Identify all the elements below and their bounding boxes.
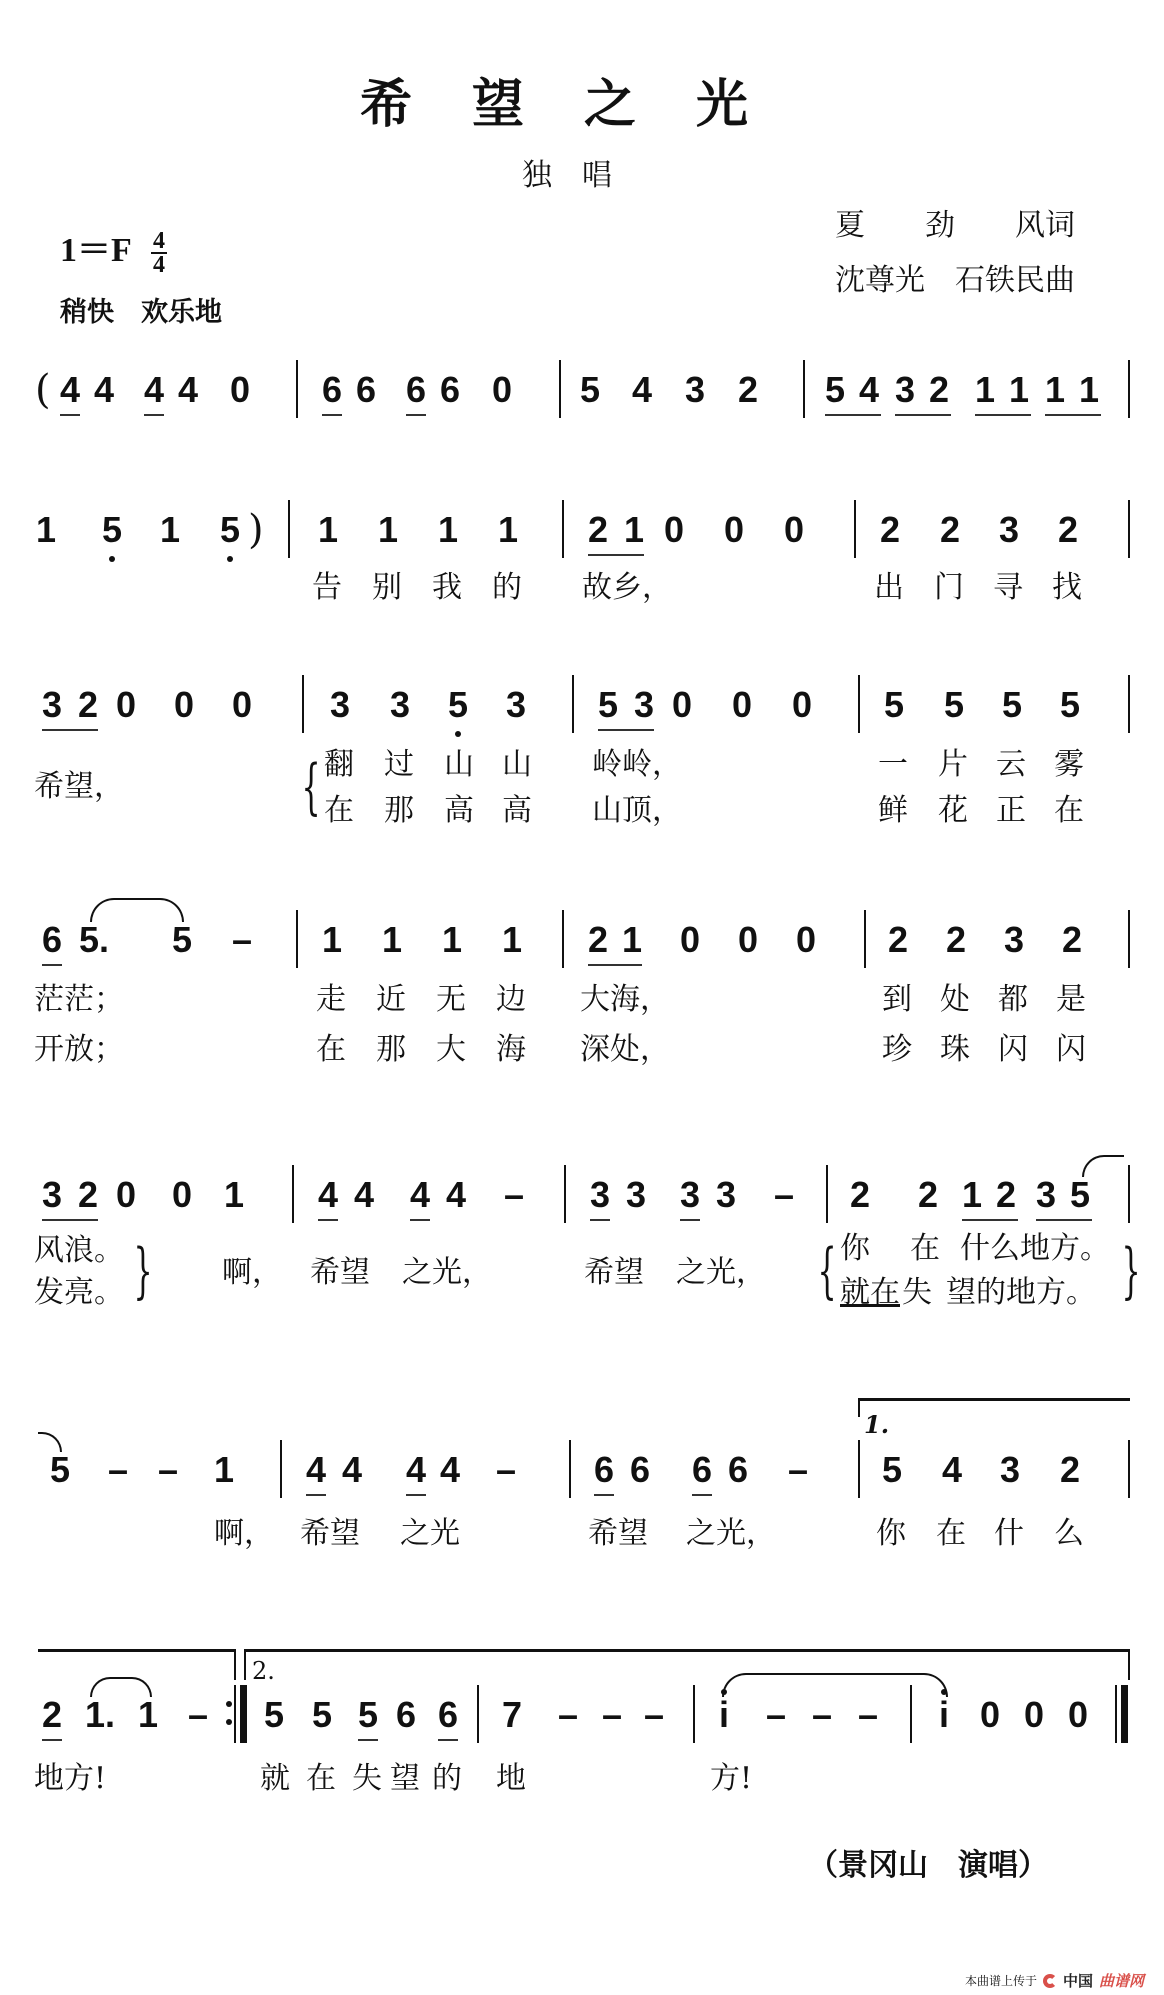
lyric: 无 (436, 982, 466, 1018)
note: 0 (670, 685, 694, 725)
note: 2 (76, 1175, 100, 1215)
note: 5 (823, 370, 847, 410)
note: 4 (142, 370, 166, 410)
note: 2 (848, 1175, 872, 1215)
note: 2 (586, 510, 610, 550)
note: 1 (620, 920, 644, 960)
barline (1128, 910, 1130, 968)
note: 2 (1060, 920, 1084, 960)
lyric: 花 (938, 793, 968, 829)
lyric: 么 (1054, 1516, 1084, 1552)
note: 0 (172, 685, 196, 725)
note: 0 (678, 920, 702, 960)
barline (1128, 360, 1130, 418)
barline (803, 360, 805, 418)
note: 4 (92, 370, 116, 410)
note: 6 (438, 370, 462, 410)
lyric: 鲜 (878, 793, 908, 829)
lyric: 走 (316, 982, 346, 1018)
time-sig-bottom: 4 (153, 254, 165, 276)
note: 6 (394, 1695, 418, 1735)
site-brand-b: 曲谱网 (1099, 1970, 1144, 1991)
volta-label-2: 2. (252, 1657, 275, 1685)
note: 5 (262, 1695, 286, 1735)
note: – (810, 1695, 834, 1735)
lyric: 云 (996, 747, 1026, 783)
note: 0 (794, 920, 818, 960)
note: 2 (944, 920, 968, 960)
lyric: 失 (352, 1761, 382, 1797)
note: 3 (624, 1175, 648, 1215)
lyric: 片 (938, 747, 968, 783)
lyric: 什 (994, 1516, 1024, 1552)
note: 1 (380, 920, 404, 960)
note: 5 (48, 1450, 72, 1490)
final-barline-thin (1115, 1685, 1117, 1743)
note: – (764, 1695, 788, 1735)
lyric: 啊， (214, 1516, 274, 1552)
note: 6 (592, 1450, 616, 1490)
barline (854, 500, 856, 558)
note: 6 (436, 1695, 460, 1735)
note: 4 (58, 370, 82, 410)
note: 4 (340, 1450, 364, 1490)
beam (1036, 1219, 1092, 1221)
lyric: 珠 (940, 1032, 970, 1068)
note: 3 (40, 685, 64, 725)
note: 5 (882, 685, 906, 725)
barline (296, 360, 298, 418)
note-low: 5 (218, 510, 242, 550)
time-signature: 4 4 (151, 230, 167, 276)
lyric: 边 (496, 982, 526, 1018)
lyric: 你 (840, 1231, 870, 1267)
lyric: 希望 (584, 1255, 644, 1291)
close-paren: ) (248, 510, 264, 550)
lyric: 啊， (222, 1255, 282, 1291)
site-logo-icon (1043, 1974, 1057, 1988)
note: 1 (212, 1450, 236, 1490)
performer-credit: （景冈山 演唱） (808, 1840, 1048, 1884)
note: 0 (230, 685, 254, 725)
note: 1 (316, 510, 340, 550)
lyric: 望的地方。 (946, 1275, 1096, 1311)
barline (562, 910, 564, 968)
beam (1045, 414, 1101, 416)
note-low: 5 (100, 510, 124, 550)
note: 5 (1058, 685, 1082, 725)
lyric: 故乡， (582, 570, 672, 606)
note: 5 (1000, 685, 1024, 725)
song-title: 希望之光 (360, 62, 808, 137)
volta-bracket-1-end (38, 1649, 236, 1680)
note: 1 (973, 370, 997, 410)
verse-brace: } (134, 1241, 153, 1301)
note: – (106, 1450, 130, 1490)
lyric: 希望 (310, 1255, 370, 1291)
note: 5 (170, 920, 194, 960)
barline (559, 360, 561, 418)
lyric: 处 (940, 982, 970, 1018)
lyric: 地方! (34, 1761, 106, 1797)
note: 6 (40, 920, 64, 960)
note: 1 (440, 920, 464, 960)
note: – (600, 1695, 624, 1735)
note: 1 (320, 920, 344, 960)
note: 7 (500, 1695, 524, 1735)
note: 5 (1068, 1175, 1092, 1215)
repeat-barline-thin (234, 1685, 236, 1743)
lyric: 之光 (400, 1516, 460, 1552)
beam (42, 729, 98, 731)
note: – (642, 1695, 666, 1735)
note: 3 (1034, 1175, 1058, 1215)
note: 1 (622, 510, 646, 550)
note: 1 (496, 510, 520, 550)
note: 1 (960, 1175, 984, 1215)
note: 0 (170, 1175, 194, 1215)
lyric: 高 (502, 793, 532, 829)
note: 6 (690, 1450, 714, 1490)
note: 1 (1007, 370, 1031, 410)
watermark-text: 本曲谱上传于 (965, 1972, 1037, 1989)
note: 2 (994, 1175, 1018, 1215)
barline (302, 675, 304, 733)
lyric: 山 (502, 747, 532, 783)
lyric: 方! (710, 1761, 752, 1797)
lyric: 的 (492, 570, 522, 606)
note: 2 (40, 1695, 64, 1735)
key-signature: 1＝F 4 4 (60, 222, 167, 276)
barline (562, 500, 564, 558)
note: 2 (886, 920, 910, 960)
lyric: 地 (496, 1761, 526, 1797)
lyric: 之光， (686, 1516, 776, 1552)
note: – (494, 1450, 518, 1490)
lyric: 都 (998, 982, 1028, 1018)
note: 5. (74, 920, 114, 960)
note: 0 (114, 685, 138, 725)
site-watermark: 本曲谱上传于 中国 曲谱网 (965, 1970, 1144, 1991)
note: 0 (490, 370, 514, 410)
note: 6 (320, 370, 344, 410)
lyric: 大 (436, 1032, 466, 1068)
note: 5 (880, 1450, 904, 1490)
note: – (502, 1175, 526, 1215)
note: 1 (500, 920, 524, 960)
composer-credit: 沈尊光 石铁民曲 (835, 255, 1075, 299)
lyric: 翻 (324, 747, 354, 783)
note: 3 (997, 510, 1021, 550)
note: 0 (114, 1175, 138, 1215)
note: 0 (1022, 1695, 1046, 1735)
note: 4 (316, 1175, 340, 1215)
lyricist-credit: 夏 劲 风词 (835, 200, 1075, 244)
volta-bracket-2 (244, 1649, 1130, 1680)
note: 4 (176, 370, 200, 410)
note: 3 (388, 685, 412, 725)
song-subtitle: 独唱 (522, 150, 642, 194)
note: 4 (352, 1175, 376, 1215)
verse-brace: { (302, 757, 321, 817)
barline (864, 910, 866, 968)
note: 6 (404, 370, 428, 410)
score-row-1: ( 4 4 4 4 0 6 6 6 6 0 5 4 3 2 5 4 3 2 1 … (0, 370, 1164, 450)
barline (858, 1440, 860, 1498)
beam (588, 964, 642, 966)
note: 6 (354, 370, 378, 410)
lyric: 之光， (402, 1255, 492, 1291)
note: 4 (444, 1175, 468, 1215)
time-sig-top: 4 (151, 230, 167, 254)
note: 1 (158, 510, 182, 550)
lyric: 出 (874, 570, 904, 606)
note: 0 (790, 685, 814, 725)
note: 1 (136, 1695, 160, 1735)
note: 3 (632, 685, 656, 725)
beam (975, 414, 1031, 416)
note: 2 (916, 1175, 940, 1215)
tie (90, 898, 184, 922)
note: 2 (736, 370, 760, 410)
barline (910, 1685, 912, 1743)
volta-bracket-1 (858, 1398, 1130, 1417)
barline (572, 675, 574, 733)
note: 1 (436, 510, 460, 550)
score-row-5: 3 2 0 0 1 4 4 4 4 – 3 3 3 3 – 2 2 1 2 3 … (0, 1175, 1164, 1255)
lyric: 希望， (34, 769, 124, 805)
note: 3 (1002, 920, 1026, 960)
lyric: 大海， (580, 982, 670, 1018)
note: 5 (310, 1695, 334, 1735)
lyric: 在 (306, 1761, 336, 1797)
lyric: 深处， (580, 1032, 670, 1068)
lyric: 一 (878, 747, 908, 783)
score-row-7: 2 1. 1 – 2. 5 5 5 6 6 7 – – – i – – – i … (0, 1695, 1164, 1775)
note-low: 5 (446, 685, 470, 725)
lyric: 闪 (998, 1032, 1028, 1068)
lyric: 希望 (588, 1516, 648, 1552)
lyric: 风浪。 (34, 1233, 124, 1269)
note: 1 (1077, 370, 1101, 410)
note: 1 (222, 1175, 246, 1215)
barline (1128, 675, 1130, 733)
note: 5 (356, 1695, 380, 1735)
verse-brace: { (818, 1241, 837, 1301)
lyric: 找 (1052, 570, 1082, 606)
site-brand-a: 中国 (1063, 1970, 1093, 1991)
note: – (556, 1695, 580, 1735)
note: 1 (1043, 370, 1067, 410)
lyric: 在 (936, 1516, 966, 1552)
tie (722, 1673, 948, 1697)
note: 2 (76, 685, 100, 725)
note: 4 (408, 1175, 432, 1215)
note: 3 (504, 685, 528, 725)
repeat-barline-thick (240, 1685, 247, 1743)
note: 3 (588, 1175, 612, 1215)
key-label: 1＝F (60, 232, 131, 269)
note: 2 (1056, 510, 1080, 550)
beam (895, 414, 951, 416)
note: – (786, 1450, 810, 1490)
lyric: 寻 (993, 570, 1023, 606)
note: 3 (328, 685, 352, 725)
note: 0 (1066, 1695, 1090, 1735)
lyric: 山 (444, 747, 474, 783)
note: 3 (683, 370, 707, 410)
note: 0 (662, 510, 686, 550)
lyric: 那 (384, 793, 414, 829)
lyric: 望 (390, 1761, 420, 1797)
note: 3 (998, 1450, 1022, 1490)
barline (288, 500, 290, 558)
barline (564, 1165, 566, 1223)
note-high: i (712, 1695, 736, 1735)
lyric: 发亮。 (34, 1275, 124, 1311)
beam (962, 1219, 1018, 1221)
barline (1128, 1440, 1130, 1498)
barline (1128, 500, 1130, 558)
note: 0 (730, 685, 754, 725)
lyric: 岭岭， (592, 747, 682, 783)
lyric: 高 (444, 793, 474, 829)
beam (588, 554, 644, 556)
lyric: 我 (432, 570, 462, 606)
note: 0 (228, 370, 252, 410)
lyric: 雾 (1054, 747, 1084, 783)
note: 4 (857, 370, 881, 410)
beam (825, 414, 881, 416)
note: 5 (942, 685, 966, 725)
note: 5 (578, 370, 602, 410)
note: – (186, 1695, 210, 1735)
note: 1 (376, 510, 400, 550)
volta-label-1: 1. (864, 1410, 889, 1439)
barline (858, 675, 860, 733)
lyric: 正 (996, 793, 1026, 829)
note: – (230, 920, 254, 960)
barline (477, 1685, 479, 1743)
note: 4 (304, 1450, 328, 1490)
lyric: 什么地方。 (960, 1231, 1110, 1267)
lyric: 山顶， (592, 793, 682, 829)
barline (569, 1440, 571, 1498)
note: 2 (1058, 1450, 1082, 1490)
note: 4 (404, 1450, 428, 1490)
final-barline-thick (1121, 1685, 1128, 1743)
beam (42, 1219, 98, 1221)
note: 0 (782, 510, 806, 550)
tie-start (1082, 1155, 1124, 1177)
lyric: 到 (882, 982, 912, 1018)
note: 2 (927, 370, 951, 410)
tempo-marking: 稍快 欢乐地 (60, 290, 222, 329)
lyric: 就 (260, 1761, 290, 1797)
note: 1. (80, 1695, 120, 1735)
lyric: 之光， (676, 1255, 766, 1291)
lyric: 失 (902, 1275, 932, 1311)
barline (826, 1165, 828, 1223)
note: 5 (596, 685, 620, 725)
note: – (856, 1695, 880, 1735)
score-row-3: 3 2 0 0 0 3 3 5 3 5 3 0 0 0 5 5 5 5 希望， … (0, 685, 1164, 765)
score-row-6: 5 – – 1 4 4 4 4 – 6 6 6 6 – 1. 5 4 3 2 啊… (0, 1450, 1164, 1530)
note: 6 (726, 1450, 750, 1490)
lyric: 的 (432, 1761, 462, 1797)
note: – (772, 1175, 796, 1215)
lyric: 在 (910, 1231, 940, 1267)
lyric: 那 (376, 1032, 406, 1068)
note: 0 (722, 510, 746, 550)
note: – (156, 1450, 180, 1490)
note: 3 (714, 1175, 738, 1215)
note-high: i (932, 1695, 956, 1735)
barline (1128, 1165, 1130, 1223)
lyric: 在 (316, 1032, 346, 1068)
note: 0 (736, 920, 760, 960)
lyric: 你 (876, 1516, 906, 1552)
lyric: 别 (372, 570, 402, 606)
lyric: 过 (384, 747, 414, 783)
lyric: 告 (312, 570, 342, 606)
score-row-2: 1 5 1 5 ) 1 1 1 1 2 1 0 0 0 2 2 3 2 告 别 … (0, 510, 1164, 590)
lyric: 海 (496, 1032, 526, 1068)
lyric: 在 (1054, 793, 1084, 829)
lyric: 珍 (882, 1032, 912, 1068)
lyric: 近 (376, 982, 406, 1018)
note: 2 (878, 510, 902, 550)
note: 0 (978, 1695, 1002, 1735)
lyric: 开放； (34, 1032, 124, 1068)
lyric: 闪 (1056, 1032, 1086, 1068)
lyric: 就在 (840, 1275, 900, 1311)
note: 2 (938, 510, 962, 550)
lyric: 门 (934, 570, 964, 606)
note: 1 (34, 510, 58, 550)
beam (598, 729, 654, 731)
barline (296, 910, 298, 968)
note: 6 (628, 1450, 652, 1490)
note: 4 (940, 1450, 964, 1490)
score-row-4: 6 5. 5 – 1 1 1 1 2 1 0 0 0 2 2 3 2 茫茫； 走… (0, 920, 1164, 1000)
barline (292, 1165, 294, 1223)
note: 3 (40, 1175, 64, 1215)
lyric: 在 (324, 793, 354, 829)
note: 4 (438, 1450, 462, 1490)
lyric: 希望 (300, 1516, 360, 1552)
open-paren: ( (35, 370, 51, 410)
barline (280, 1440, 282, 1498)
note: 3 (678, 1175, 702, 1215)
note: 4 (630, 370, 654, 410)
lyric: 茫茫； (34, 982, 124, 1018)
note: 2 (586, 920, 610, 960)
note: 3 (893, 370, 917, 410)
verse-brace: } (1122, 1241, 1141, 1301)
barline (693, 1685, 695, 1743)
lyric: 是 (1056, 982, 1086, 1018)
